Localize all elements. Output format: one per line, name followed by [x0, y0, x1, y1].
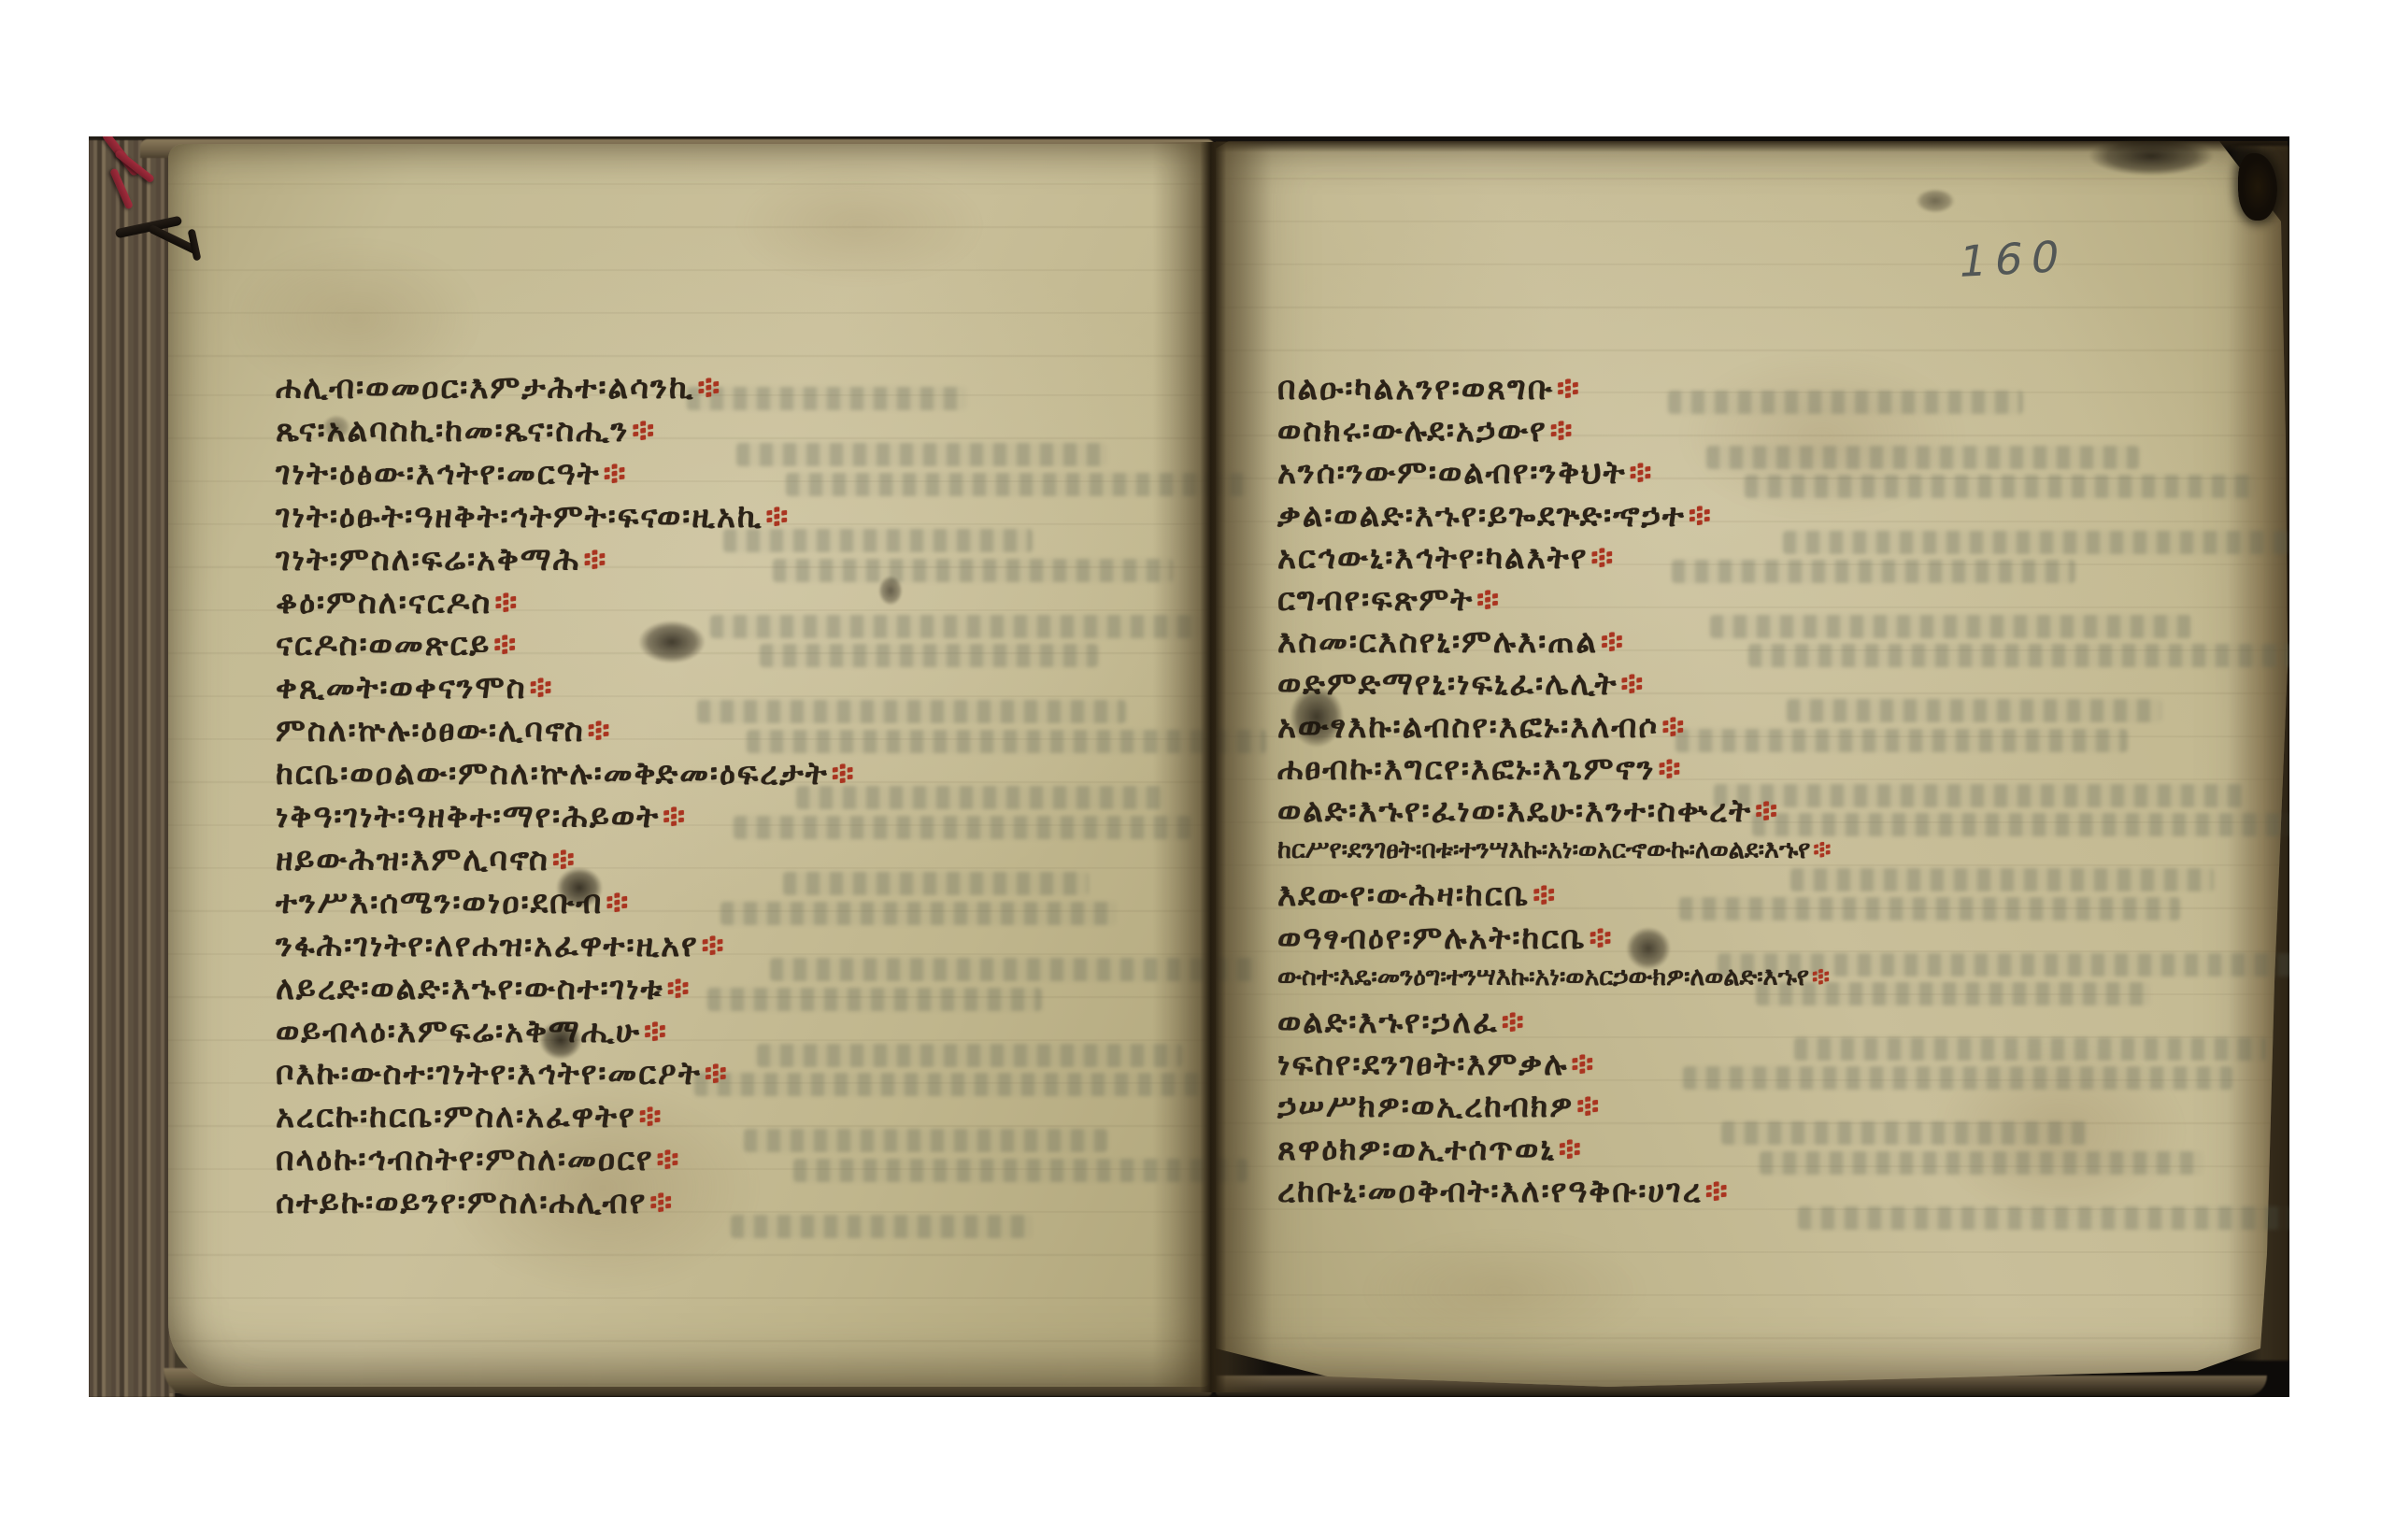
- rubric-separator-mark: ፨: [1813, 835, 1831, 864]
- manuscript-text-line: እደውየ፡ውሕዛ፡ከርቤ፨: [1277, 879, 1557, 911]
- bleedthrough-ghost-text: [757, 1044, 1182, 1067]
- line-text: ጸዋዕክዎ፡ወኢተሰጥወኒ: [1277, 1131, 1556, 1168]
- line-text: ምስለ፡ኵሉ፡ዕፀው፡ሊባኖስ: [276, 712, 585, 749]
- line-text: ዘይውሕዝ፡እምሊባኖስ: [276, 841, 549, 878]
- manuscript-text-line: ውስተ፡እዴ፡መንዕግ፡ተንሣእኩ፡አነ፡ወአርኃውክዎ፡ለወልድ፡እኁየ፨: [1277, 964, 1830, 990]
- line-text: ከርቤ፡ወዐልው፡ምስለ፡ኵሉ፡መቅድመ፡ዕፍረታት: [276, 755, 829, 792]
- line-text: አርኅውኒ፡እኅትየ፡ካልእትየ: [1277, 539, 1588, 577]
- manuscript-text-line: በልዑ፡ካልአንየ፡ወጸግቡ፨: [1277, 373, 1581, 405]
- bleedthrough-ghost-text: [793, 1159, 1248, 1182]
- rubric-separator-mark: ፨: [657, 1141, 681, 1178]
- bleedthrough-ghost-text: [760, 644, 1098, 667]
- line-text: ገነት፡ዕፅው፡እኅትየ፡መርዓት: [276, 455, 601, 492]
- line-text: ወስክሩ፡ውሉደ፡አኃውየ: [1277, 412, 1547, 449]
- manuscript-text-line: እስመ፡ርእስየኒ፡ምሉእ፡ጠል፨: [1277, 626, 1625, 658]
- manuscript-text-line: ከርሥየ፡ደንገፀት፡በቱ፡ተንሣእኩ፡አነ፡ወአርኆውኩ፡ለወልደ፡እኁየ፨: [1277, 837, 1831, 863]
- line-text: ተንሥእ፡ሰሜን፡ወነዐ፡ደቡብ: [276, 884, 603, 921]
- manuscript-text-line: ወይብላዕ፡እምፍሬ፡አቅማሒሁ፨: [276, 1016, 668, 1048]
- line-text: አረርኩ፡ከርቤ፡ምስለ፡አፈዋትየ: [276, 1098, 636, 1135]
- bleedthrough-ghost-text: [1760, 1151, 2203, 1175]
- bleedthrough-ghost-text: [687, 387, 967, 410]
- bleedthrough-ghost-text: [1668, 391, 2023, 414]
- manuscript-text-line: ኃሠሥክዎ፡ወኢረከብክዎ፨: [1277, 1091, 1601, 1122]
- manuscript-text-line: ከርቤ፡ወዐልው፡ምስለ፡ኵሉ፡መቅድመ፡ዕፍረታት፨: [276, 758, 856, 790]
- line-text: ከርሥየ፡ደንገፀት፡በቱ፡ተንሣእኩ፡አነ፡ወአርኆውኩ፡ለወልደ፡እኁየ: [1277, 835, 1810, 864]
- manuscript-text-line: ለይረድ፡ወልድ፡እኁየ፡ውስተ፡ገነቱ፨: [276, 973, 691, 1005]
- line-text: ነቅዓ፡ገነት፡ዓዘቅተ፡ማየ፡ሕይወት: [276, 798, 660, 835]
- manuscript-text-line: ቆዕ፡ምስለ፡ናርዶስ፨: [276, 587, 519, 619]
- rubric-separator-mark: ፨: [1601, 623, 1625, 661]
- line-text: ቦእኩ፡ውስተ፡ገነትየ፡እኅትየ፡መርዖት: [276, 1055, 702, 1092]
- manuscript-text-line: ወዓፃብዕየ፡ምሉአት፡ከርቤ፨: [1277, 922, 1614, 954]
- rubric-separator-mark: ፨: [705, 1055, 729, 1092]
- right-page-edge-stain: [2229, 146, 2288, 1361]
- manuscript-text-line: ወስክሩ፡ውሉደ፡አኃውየ፨: [1277, 415, 1574, 447]
- manuscript-text-line: ሐፀብኩ፡እግርየ፡እፎኑ፡እጌምኖን፨: [1277, 753, 1682, 785]
- bleedthrough-ghost-text: [731, 1215, 1033, 1238]
- bleedthrough-ghost-text: [1675, 729, 2128, 752]
- book-fore-edge: [89, 140, 175, 1397]
- rubric-separator-mark: ፨: [583, 541, 607, 578]
- rubric-separator-mark: ፨: [606, 884, 630, 921]
- rubric-separator-mark: ፨: [639, 1098, 663, 1135]
- line-text: አንሰ፡ንውም፡ወልብየ፡ንቅህት: [1277, 454, 1627, 492]
- rubric-separator-mark: ፨: [530, 669, 554, 706]
- age-stain: [1360, 1230, 1649, 1351]
- manuscript-text-line: ወልድ፡እኁየ፡ፈነወ፡እዴሁ፡እንተ፡ስቍረት፨: [1277, 795, 1779, 827]
- line-text: ነፍስየ፡ደንገፀት፡እምቃሉ: [1277, 1046, 1568, 1083]
- rubric-separator-mark: ፨: [1630, 454, 1654, 492]
- rubric-separator-mark: ፨: [1559, 1131, 1583, 1168]
- bleedthrough-ghost-text: [1752, 813, 2289, 836]
- bleedthrough-ghost-text: [1790, 868, 2214, 891]
- line-text: ቃል፡ወልድ፡እኁየ፡ይጐደጕድ፡ኆኃተ: [1277, 497, 1686, 535]
- bleedthrough-ghost-text: [707, 988, 1042, 1011]
- rubric-separator-mark: ፨: [1576, 1088, 1601, 1125]
- manuscript-text-line: ወልድ፡እኁየ፡ኃለፈ፨: [1277, 1006, 1526, 1038]
- manuscript-text-line: ረከቡኒ፡መዐቅብት፡እለ፡የዓቅቡ፡ሀገረ፨: [1277, 1176, 1730, 1207]
- bleedthrough-ghost-text: [1714, 784, 2244, 807]
- manuscript-text-line: ሰተይኩ፡ወይንየ፡ምስለ፡ሐሊብየ፨: [276, 1187, 674, 1219]
- line-text: ሐፀብኩ፡እግርየ፡እፎኑ፡እጌምኖን: [1277, 750, 1656, 788]
- manuscript-text-line: ቃል፡ወልድ፡እኁየ፡ይጐደጕድ፡ኆኃተ፨: [1277, 500, 1713, 532]
- manuscript-text-line: ገነት፡ዕፁት፡ዓዘቅት፡ኅትምት፡ፍናወ፡ዚአኪ፨: [276, 501, 790, 533]
- rubric-separator-mark: ፨: [1590, 920, 1614, 957]
- rubric-separator-mark: ፨: [1620, 665, 1645, 703]
- rubric-separator-mark: ፨: [1557, 370, 1581, 407]
- manuscript-text-line: ምስለ፡ኵሉ፡ዕፀው፡ሊባኖስ፨: [276, 715, 612, 747]
- line-text: ናርዶስ፡ወመጽርይ: [276, 626, 491, 663]
- bleedthrough-ghost-text: [1783, 531, 2289, 554]
- rubric-separator-mark: ፨: [1812, 962, 1830, 991]
- line-text: ርግብየ፡ፍጽምት: [1277, 581, 1474, 619]
- bleedthrough-ghost-text: [1672, 560, 2075, 583]
- manuscript-text-line: ዘይውሕዝ፡እምሊባኖስ፨: [276, 844, 577, 876]
- rubric-separator-mark: ፨: [494, 584, 519, 621]
- manuscript-text-line: ቀጺመት፡ወቀናንሞስ፨: [276, 672, 553, 704]
- rubric-separator-mark: ፨: [1502, 1004, 1526, 1041]
- line-text: እስመ፡ርእስየኒ፡ምሉእ፡ጠል: [1277, 623, 1598, 661]
- rubric-separator-mark: ፨: [1590, 539, 1615, 577]
- manuscript-text-line: ገነት፡ምስለ፡ፍሬ፡አቅማሕ፨: [276, 544, 607, 576]
- bleedthrough-ghost-text: [720, 902, 1117, 925]
- bleedthrough-ghost-text: [697, 700, 1126, 723]
- manuscript-text-line: ናርዶስ፡ወመጽርይ፨: [276, 629, 518, 661]
- line-text: ወልድ፡እኁየ፡ፈነወ፡እዴሁ፡እንተ፡ስቍረት: [1277, 792, 1752, 830]
- manuscript-text-line: አንሰ፡ንውም፡ወልብየ፡ንቅህት፨: [1277, 457, 1653, 489]
- rubric-separator-mark: ፨: [1689, 497, 1713, 535]
- line-text: እደውየ፡ውሕዛ፡ከርቤ: [1277, 877, 1530, 914]
- bleedthrough-ghost-text: [1745, 475, 2255, 498]
- manuscript-text-line: ቦእኩ፡ውስተ፡ገነትየ፡እኅትየ፡መርዖት፨: [276, 1058, 729, 1090]
- rubric-separator-mark: ፨: [832, 755, 856, 792]
- bleedthrough-ghost-text: [734, 816, 1191, 839]
- age-stain: [734, 164, 986, 286]
- manuscript-text-line: ጸዋዕክዎ፡ወኢተሰጥወኒ፨: [1277, 1134, 1583, 1165]
- rubric-separator-mark: ፨: [765, 498, 790, 535]
- bleedthrough-ghost-text: [744, 1129, 1107, 1152]
- manuscript-text-line: አረርኩ፡ከርቤ፡ምስለ፡አፈዋትየ፨: [276, 1101, 663, 1133]
- manuscript-text-line: አርኅውኒ፡እኅትየ፡ካልእትየ፨: [1277, 542, 1615, 574]
- bleedthrough-ghost-text: [1787, 699, 2161, 722]
- rubric-separator-mark: ፨: [604, 455, 628, 492]
- line-text: ውስተ፡እዴ፡መንዕግ፡ተንሣእኩ፡አነ፡ወአርኃውክዎ፡ለወልድ፡እኁየ: [1277, 962, 1809, 991]
- manuscript-text-line: በላዕኩ፡ኅብስትየ፡ምስለ፡መዐርየ፨: [276, 1144, 680, 1176]
- rubric-separator-mark: ፨: [649, 1184, 674, 1221]
- rubric-separator-mark: ፨: [1550, 412, 1575, 449]
- page-number: 160: [1955, 231, 2072, 287]
- manuscript-text-line: ነቅዓ፡ገነት፡ዓዘቅተ፡ማየ፡ሕይወት፨: [276, 801, 687, 833]
- rubric-separator-mark: ፨: [493, 626, 518, 663]
- bleedthrough-ghost-text: [694, 1073, 1210, 1096]
- rubric-separator-mark: ፨: [663, 798, 687, 835]
- bleedthrough-ghost-text: [1794, 1037, 2266, 1061]
- line-text: ወልድ፡እኁየ፡ኃለፈ: [1277, 1004, 1499, 1041]
- line-text: ንፋሕ፡ገነትየ፡ለየሐዝ፡አፈዋተ፡ዚአየ: [276, 927, 699, 964]
- line-text: ወዓፃብዕየ፡ምሉአት፡ከርቤ: [1277, 920, 1587, 957]
- screenshot-root: 160 ሐሊብ፡ወመዐር፡እምታሕተ፡ልሳንኪ፨ጼና፡አልባስኪ፡ከመ፡ጼና፡ስ…: [0, 0, 2381, 1540]
- rubric-separator-mark: ፨: [632, 412, 656, 449]
- bleedthrough-ghost-text: [786, 473, 1248, 496]
- line-text: ቀጺመት፡ወቀናንሞስ: [276, 669, 527, 706]
- rubric-separator-mark: ፨: [697, 369, 721, 406]
- manuscript-text-line: ንፋሕ፡ገነትየ፡ለየሐዝ፡አፈዋተ፡ዚአየ፨: [276, 930, 726, 962]
- line-text: ሰተይኩ፡ወይንየ፡ምስለ፡ሐሊብየ: [276, 1184, 647, 1221]
- line-text: ለይረድ፡ወልድ፡እኁየ፡ውስተ፡ገነቱ: [276, 970, 664, 1007]
- bleedthrough-ghost-text: [747, 730, 1266, 753]
- bleedthrough-ghost-text: [710, 615, 1201, 638]
- rubric-separator-mark: ፨: [1476, 581, 1501, 619]
- line-text: ሐሊብ፡ወመዐር፡እምታሕተ፡ልሳንኪ: [276, 369, 694, 406]
- rubric-separator-mark: ፨: [702, 927, 726, 964]
- rubric-separator-mark: ፨: [1661, 708, 1686, 746]
- manuscript-text-line: ሐሊብ፡ወመዐር፡እምታሕተ፡ልሳንኪ፨: [276, 372, 721, 404]
- bleedthrough-ghost-text: [1798, 1206, 2289, 1230]
- rubric-separator-mark: ፨: [1755, 792, 1779, 830]
- bleedthrough-ghost-text: [1710, 615, 2191, 638]
- rubric-separator-mark: ፨: [667, 970, 691, 1007]
- manuscript-text-line: ነፍስየ፡ደንገፀት፡እምቃሉ፨: [1277, 1048, 1595, 1080]
- line-text: ረከቡኒ፡መዐቅብት፡እለ፡የዓቅቡ፡ሀገረ: [1277, 1173, 1703, 1210]
- rubric-separator-mark: ፨: [644, 1013, 668, 1050]
- bleedthrough-ghost-text: [1683, 1066, 2232, 1090]
- bleedthrough-ghost-text: [736, 443, 1107, 466]
- line-text: ገነት፡ምስለ፡ፍሬ፡አቅማሕ: [276, 541, 580, 578]
- bleedthrough-ghost-text: [1679, 897, 2180, 920]
- line-text: ቆዕ፡ምስለ፡ናርዶስ: [276, 584, 492, 621]
- bleedthrough-ghost-text: [773, 559, 1173, 582]
- rubric-separator-mark: ፨: [1571, 1046, 1595, 1083]
- bleedthrough-ghost-text: [1748, 644, 2289, 667]
- manuscript-text-line: ገነት፡ዕፅው፡እኅትየ፡መርዓት፨: [276, 458, 627, 490]
- rubric-separator-mark: ፨: [1705, 1173, 1730, 1210]
- rubric-separator-mark: ፨: [1533, 877, 1557, 914]
- rubric-separator-mark: ፨: [588, 712, 612, 749]
- line-text: በልዑ፡ካልአንየ፡ወጸግቡ: [1277, 370, 1554, 407]
- line-text: ወይብላዕ፡እምፍሬ፡አቅማሒሁ: [276, 1013, 641, 1050]
- bleedthrough-ghost-text: [1721, 1121, 2087, 1145]
- bleedthrough-ghost-text: [1706, 446, 2139, 469]
- bleedthrough-ghost-text: [783, 872, 1089, 895]
- rubric-separator-mark: ፨: [1659, 750, 1683, 788]
- manuscript-text-line: ርግብየ፡ፍጽምት፨: [1277, 584, 1501, 616]
- bleedthrough-ghost-text: [770, 958, 1257, 981]
- line-text: በላዕኩ፡ኅብስትየ፡ምስለ፡መዐርየ: [276, 1141, 654, 1178]
- line-text: ኃሠሥክዎ፡ወኢረከብክዎ: [1277, 1088, 1574, 1125]
- line-text: ገነት፡ዕፁት፡ዓዘቅት፡ኅትምት፡ፍናወ፡ዚአኪ: [276, 498, 763, 535]
- manuscript-photo: 160 ሐሊብ፡ወመዐር፡እምታሕተ፡ልሳንኪ፨ጼና፡አልባስኪ፡ከመ፡ጼና፡ስ…: [89, 136, 2289, 1397]
